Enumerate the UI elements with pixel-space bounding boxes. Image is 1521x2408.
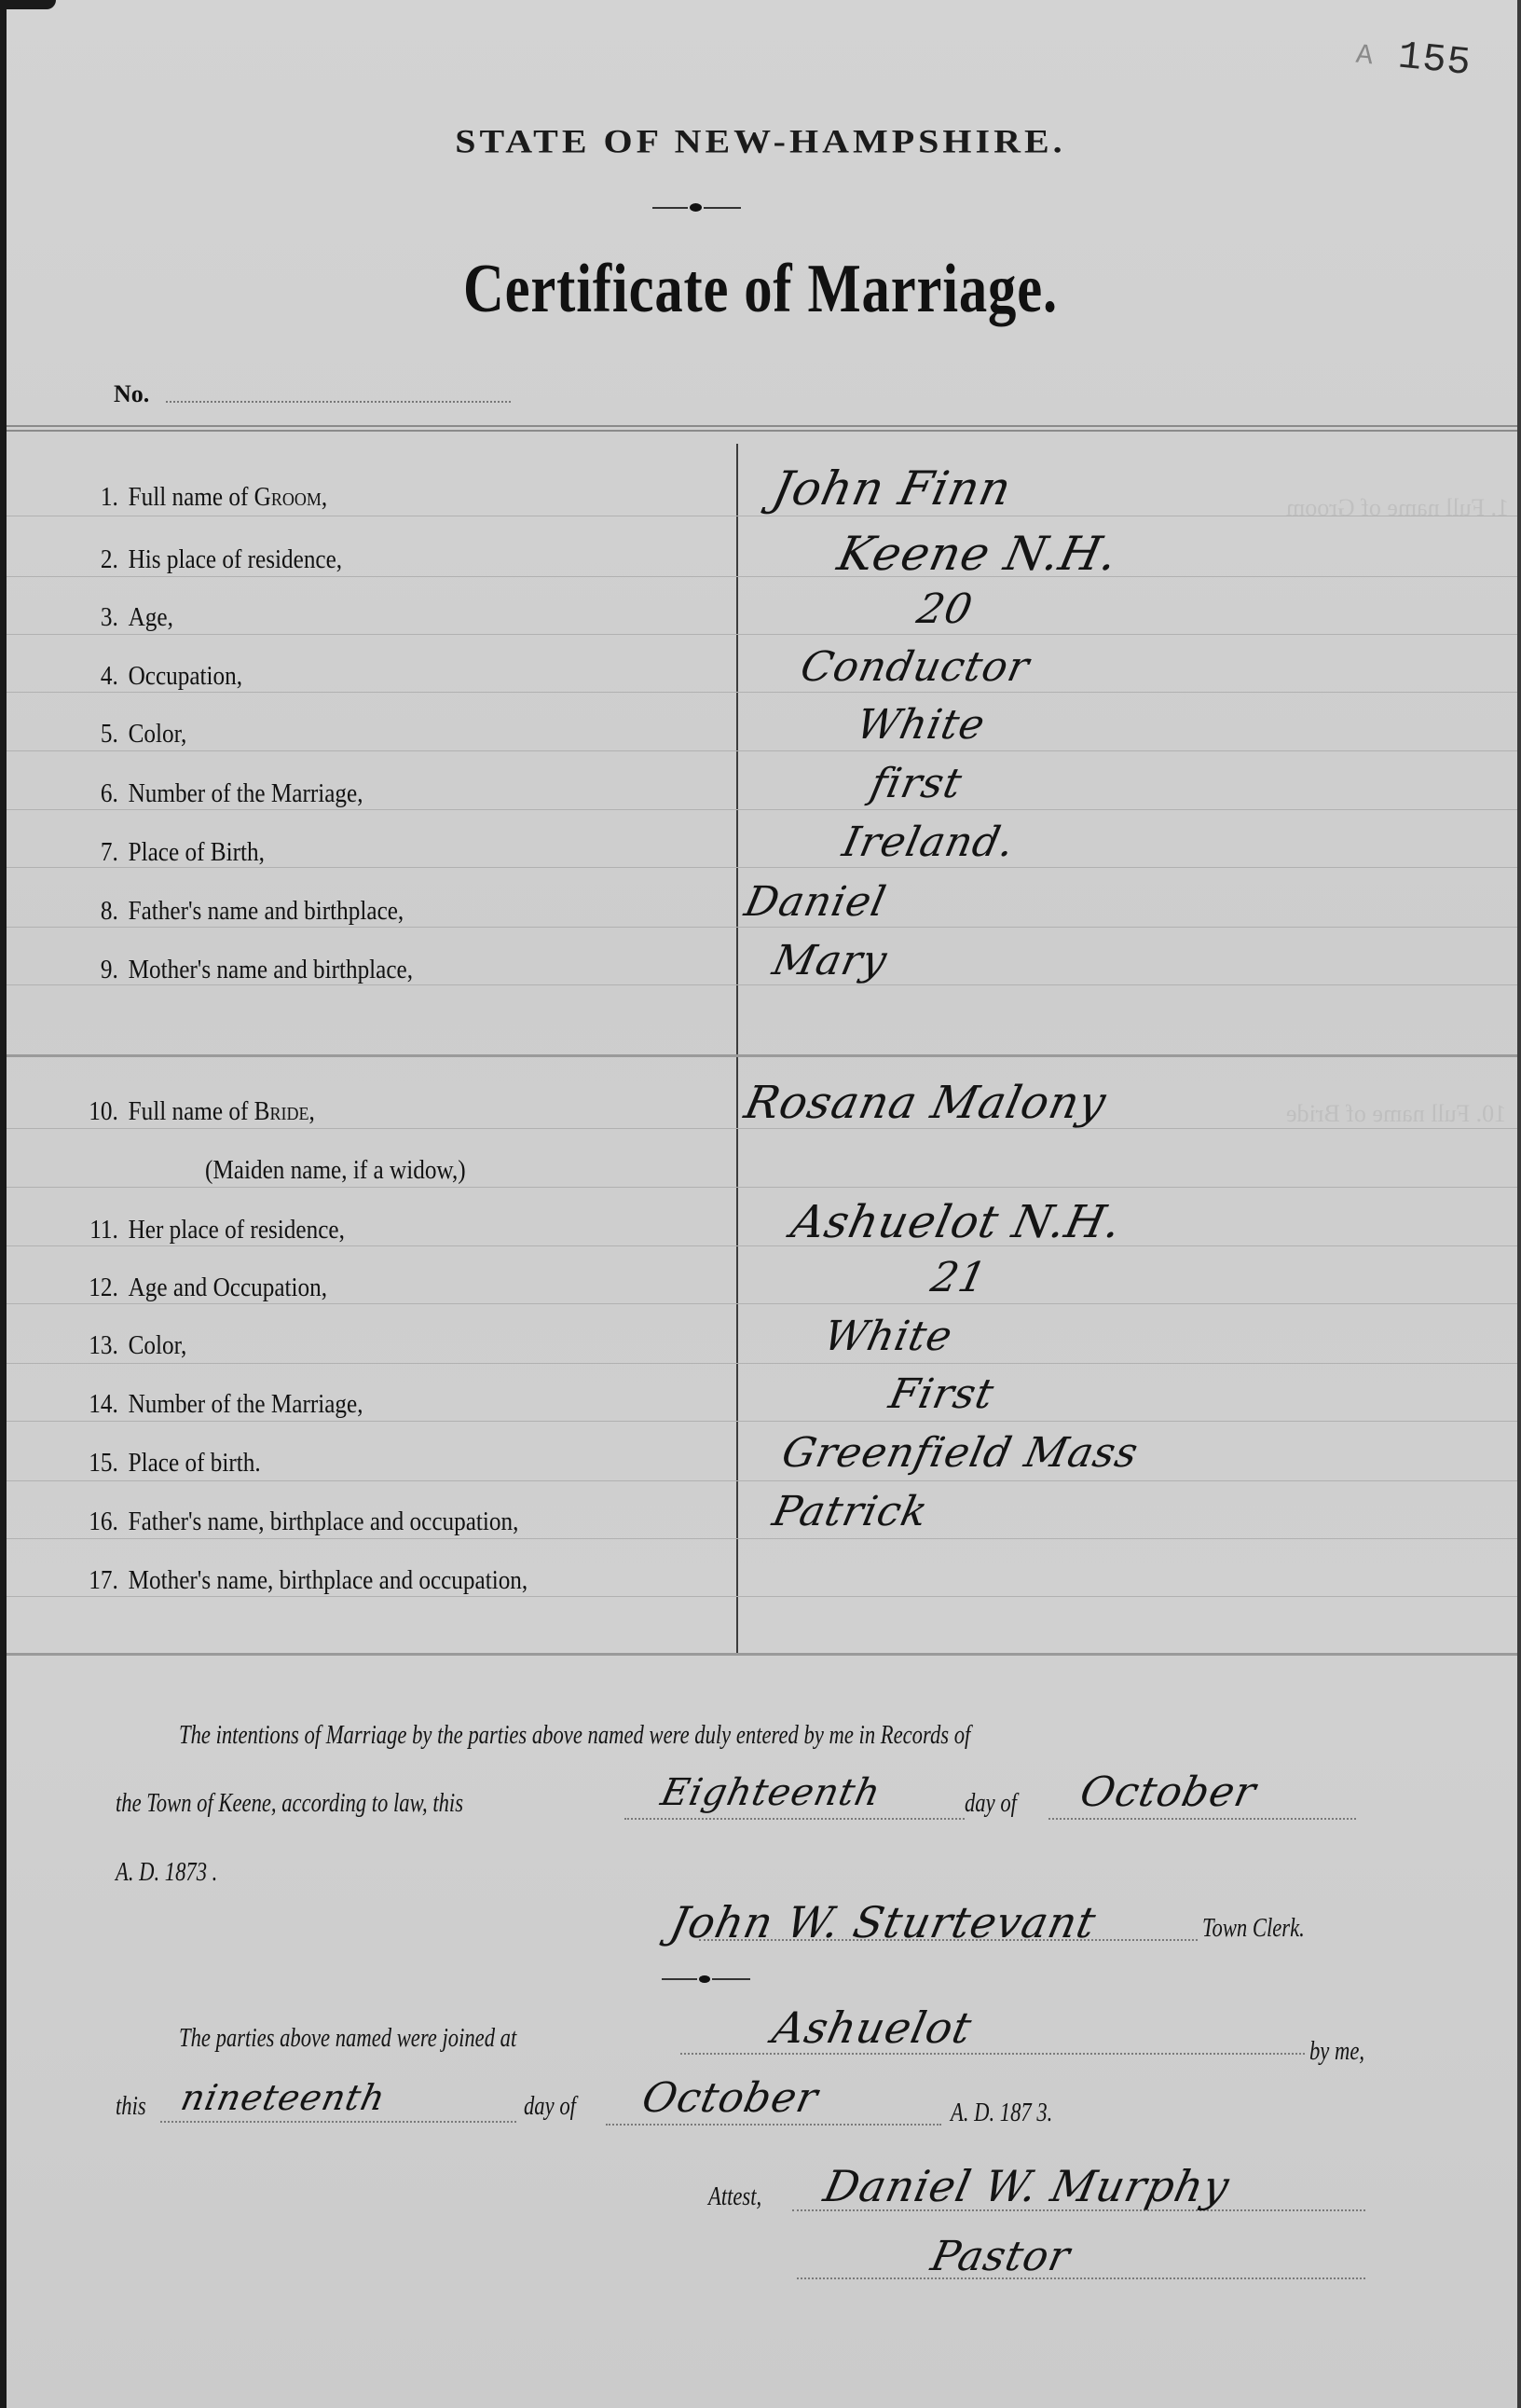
bride-name-value: Rosana Malony xyxy=(740,1077,1111,1129)
bride-field-name-label: 10.Full name of Bride, xyxy=(75,1097,315,1127)
intentions-statement-line2: the Town of Keene, according to law, thi… xyxy=(116,1788,463,1819)
page-prefix: A xyxy=(1354,40,1375,74)
row-rule xyxy=(7,1421,1517,1422)
groom-field-color-label: 5.Color, xyxy=(75,720,186,750)
groom-field-father-label: 8.Father's name and birthplace, xyxy=(75,897,404,927)
groom-color-value: White xyxy=(853,701,990,749)
page-number-stamp: A 155 xyxy=(1354,30,1473,87)
groom-field-marriage-number-label: 6.Number of the Marriage, xyxy=(75,779,363,809)
row-rule xyxy=(7,1596,1517,1597)
intentions-year-prefix: A. D. 187 xyxy=(116,1857,197,1887)
certificate-number-field xyxy=(166,401,511,403)
field-label-text: His place of residence, xyxy=(129,545,343,574)
groom-field-occupation-label: 4.Occupation, xyxy=(75,662,242,692)
intentions-year-suffix: . xyxy=(212,1857,218,1887)
groom-age-value: 20 xyxy=(913,585,978,633)
row-rule xyxy=(7,692,1517,693)
bleed-through-text: 10. Full name of Bride xyxy=(1286,1100,1506,1128)
field-number: 9. xyxy=(75,956,118,985)
field-number: 14. xyxy=(75,1390,118,1420)
row-rule xyxy=(7,1363,1517,1364)
field-number: 4. xyxy=(75,662,118,692)
field-label-text: Father's name and birthplace, xyxy=(129,897,404,926)
bride-field-birthplace-label: 15.Place of birth. xyxy=(75,1449,261,1479)
field-label-text: Number of the Marriage, xyxy=(129,779,363,808)
solemnization-day-of-label: day of xyxy=(524,2091,576,2122)
intentions-day-of-label: day of xyxy=(965,1788,1017,1819)
solemnization-by-me: by me, xyxy=(1309,2036,1364,2067)
bride-field-residence-label: 11.Her place of residence, xyxy=(75,1216,345,1245)
bride-birthplace-value: Greenfield Mass xyxy=(778,1429,1144,1477)
row-rule xyxy=(7,1187,1517,1188)
bride-field-father-label: 16.Father's name, birthplace and occupat… xyxy=(75,1507,518,1537)
field-number: 13. xyxy=(75,1331,118,1361)
intentions-day-field xyxy=(624,1818,965,1820)
bride-field-color-label: 13.Color, xyxy=(75,1331,186,1361)
groom-father-value: Daniel xyxy=(741,878,891,926)
certificate-page: 1. Full name of Groom 10. Full name of B… xyxy=(0,0,1521,2408)
row-rule xyxy=(7,1538,1517,1539)
table-bottom-rule xyxy=(7,1653,1517,1656)
clerk-signature: John W. Sturtevant xyxy=(665,1897,1101,1947)
bride-residence-value: Ashuelot N.H. xyxy=(787,1196,1127,1248)
solemnization-year-digit: 3. xyxy=(1036,2098,1052,2127)
attest-label: Attest, xyxy=(708,2181,761,2212)
state-heading: STATE OF NEW-HAMPSHIRE. xyxy=(0,121,1521,160)
groom-mother-value: Mary xyxy=(769,937,892,984)
groom-birthplace-value: Ireland. xyxy=(839,819,1020,866)
officiant-title-line xyxy=(797,2277,1365,2279)
field-label-suffix: , xyxy=(322,483,327,512)
field-label-text: Age, xyxy=(129,603,173,632)
bride-father-value: Patrick xyxy=(769,1488,933,1535)
bride-field-maiden-note-label: (Maiden name, if a widow,) xyxy=(205,1156,466,1186)
field-label-text: Age and Occupation, xyxy=(129,1273,327,1302)
field-number: 11. xyxy=(75,1216,118,1245)
field-label-emphasis: Groom xyxy=(254,483,322,512)
row-rule xyxy=(7,1245,1517,1246)
intentions-year: A. D. 1873 . xyxy=(116,1857,217,1888)
field-label-text: Occupation, xyxy=(129,662,242,691)
solemnization-year: A. D. 187 3. xyxy=(951,2098,1052,2128)
certificate-number-label: No. xyxy=(114,380,149,408)
field-number: 5. xyxy=(75,720,118,750)
field-label-text: Mother's name, birthplace and occupation… xyxy=(129,1566,528,1595)
solemnization-month-value: October xyxy=(638,2074,823,2122)
section-rule xyxy=(7,1054,1517,1057)
field-label-text: Mother's name and birthplace, xyxy=(129,956,413,984)
row-rule xyxy=(7,1480,1517,1481)
groom-marriage-number-value: first xyxy=(867,760,966,807)
field-label-suffix: , xyxy=(308,1097,314,1126)
field-label-text: Her place of residence, xyxy=(129,1216,345,1245)
field-label-text: Place of birth. xyxy=(129,1449,261,1478)
intentions-month-field xyxy=(1048,1818,1356,1820)
solemnization-place-value: Ashuelot xyxy=(768,2002,977,2053)
field-number: 16. xyxy=(75,1507,118,1537)
page-top-edge xyxy=(0,0,56,9)
row-rule xyxy=(7,1303,1517,1304)
field-label-text: Number of the Marriage, xyxy=(129,1390,363,1419)
bride-field-mother-label: 17.Mother's name, birthplace and occupat… xyxy=(75,1566,528,1596)
field-label-emphasis: Bride xyxy=(254,1097,309,1126)
column-divider xyxy=(736,444,738,1654)
groom-field-age-label: 3.Age, xyxy=(75,603,173,633)
solemnization-year-prefix: A. D. 187 xyxy=(951,2098,1032,2127)
page-right-edge xyxy=(1517,0,1521,2408)
ornament-divider-icon xyxy=(652,203,741,213)
officiant-signature: Daniel W. Murphy xyxy=(819,2161,1234,2211)
field-label-text: Place of Birth, xyxy=(129,838,265,867)
bride-color-value: White xyxy=(820,1313,957,1360)
field-label-text: Full name of xyxy=(129,483,254,512)
row-rule xyxy=(7,750,1517,751)
field-label-text: Father's name, birthplace and occupation… xyxy=(129,1507,519,1536)
field-number: 3. xyxy=(75,603,118,633)
officiant-title: Pastor xyxy=(927,2233,1075,2280)
intentions-month-value: October xyxy=(1076,1768,1261,1816)
groom-field-name-label: 1.Full name of Groom, xyxy=(75,483,327,513)
intentions-statement-line1: The intentions of Marriage by the partie… xyxy=(179,1720,970,1751)
certificate-title: Certificate of Marriage. xyxy=(137,250,1384,329)
solemnization-statement-line1: The parties above named were joined at xyxy=(179,2023,516,2054)
intentions-year-digit: 3 xyxy=(197,1857,207,1887)
field-number: 7. xyxy=(75,838,118,868)
field-label-text: Color, xyxy=(129,720,187,749)
solemnization-place-field xyxy=(680,2053,1305,2055)
groom-field-mother-label: 9.Mother's name and birthplace, xyxy=(75,956,413,985)
field-number: 2. xyxy=(75,545,118,575)
field-number: 1. xyxy=(75,483,118,513)
field-number: 12. xyxy=(75,1273,118,1303)
row-rule xyxy=(7,809,1517,810)
field-number: 17. xyxy=(75,1566,118,1596)
bride-age-value: 21 xyxy=(927,1254,992,1301)
ornament-divider-icon xyxy=(662,1975,750,1983)
field-number: 6. xyxy=(75,779,118,809)
row-rule xyxy=(7,576,1517,577)
row-rule xyxy=(7,634,1517,635)
bleed-through-text: 1. Full name of Groom xyxy=(1286,494,1509,522)
groom-residence-value: Keene N.H. xyxy=(833,527,1123,581)
page-number: 155 xyxy=(1396,34,1473,86)
field-number: 8. xyxy=(75,897,118,927)
field-label-text: Full name of xyxy=(129,1097,254,1126)
page-left-edge xyxy=(0,0,7,2408)
bride-field-age-occupation-label: 12.Age and Occupation, xyxy=(75,1273,327,1303)
clerk-title: Town Clerk. xyxy=(1202,1913,1305,1944)
field-number: 10. xyxy=(75,1097,118,1127)
field-label-text: Color, xyxy=(129,1331,187,1360)
intentions-day-value: Eighteenth xyxy=(657,1771,884,1814)
row-rule xyxy=(7,516,1517,516)
solemnization-month-field xyxy=(606,2124,941,2126)
bride-field-marriage-number-label: 14.Number of the Marriage, xyxy=(75,1390,363,1420)
groom-field-residence-label: 2.His place of residence, xyxy=(75,545,342,575)
bride-marriage-number-value: First xyxy=(885,1370,999,1418)
groom-field-birthplace-label: 7.Place of Birth, xyxy=(75,838,265,868)
solemnization-day-field xyxy=(160,2121,516,2123)
solemnization-day-value: nineteenth xyxy=(177,2077,389,2118)
row-rule xyxy=(7,927,1517,928)
table-top-rule xyxy=(7,425,1517,432)
solemnization-this-label: this xyxy=(116,2091,146,2122)
field-number: 15. xyxy=(75,1449,118,1479)
groom-name-value: John Finn xyxy=(768,461,1017,516)
groom-occupation-value: Conductor xyxy=(797,643,1035,691)
